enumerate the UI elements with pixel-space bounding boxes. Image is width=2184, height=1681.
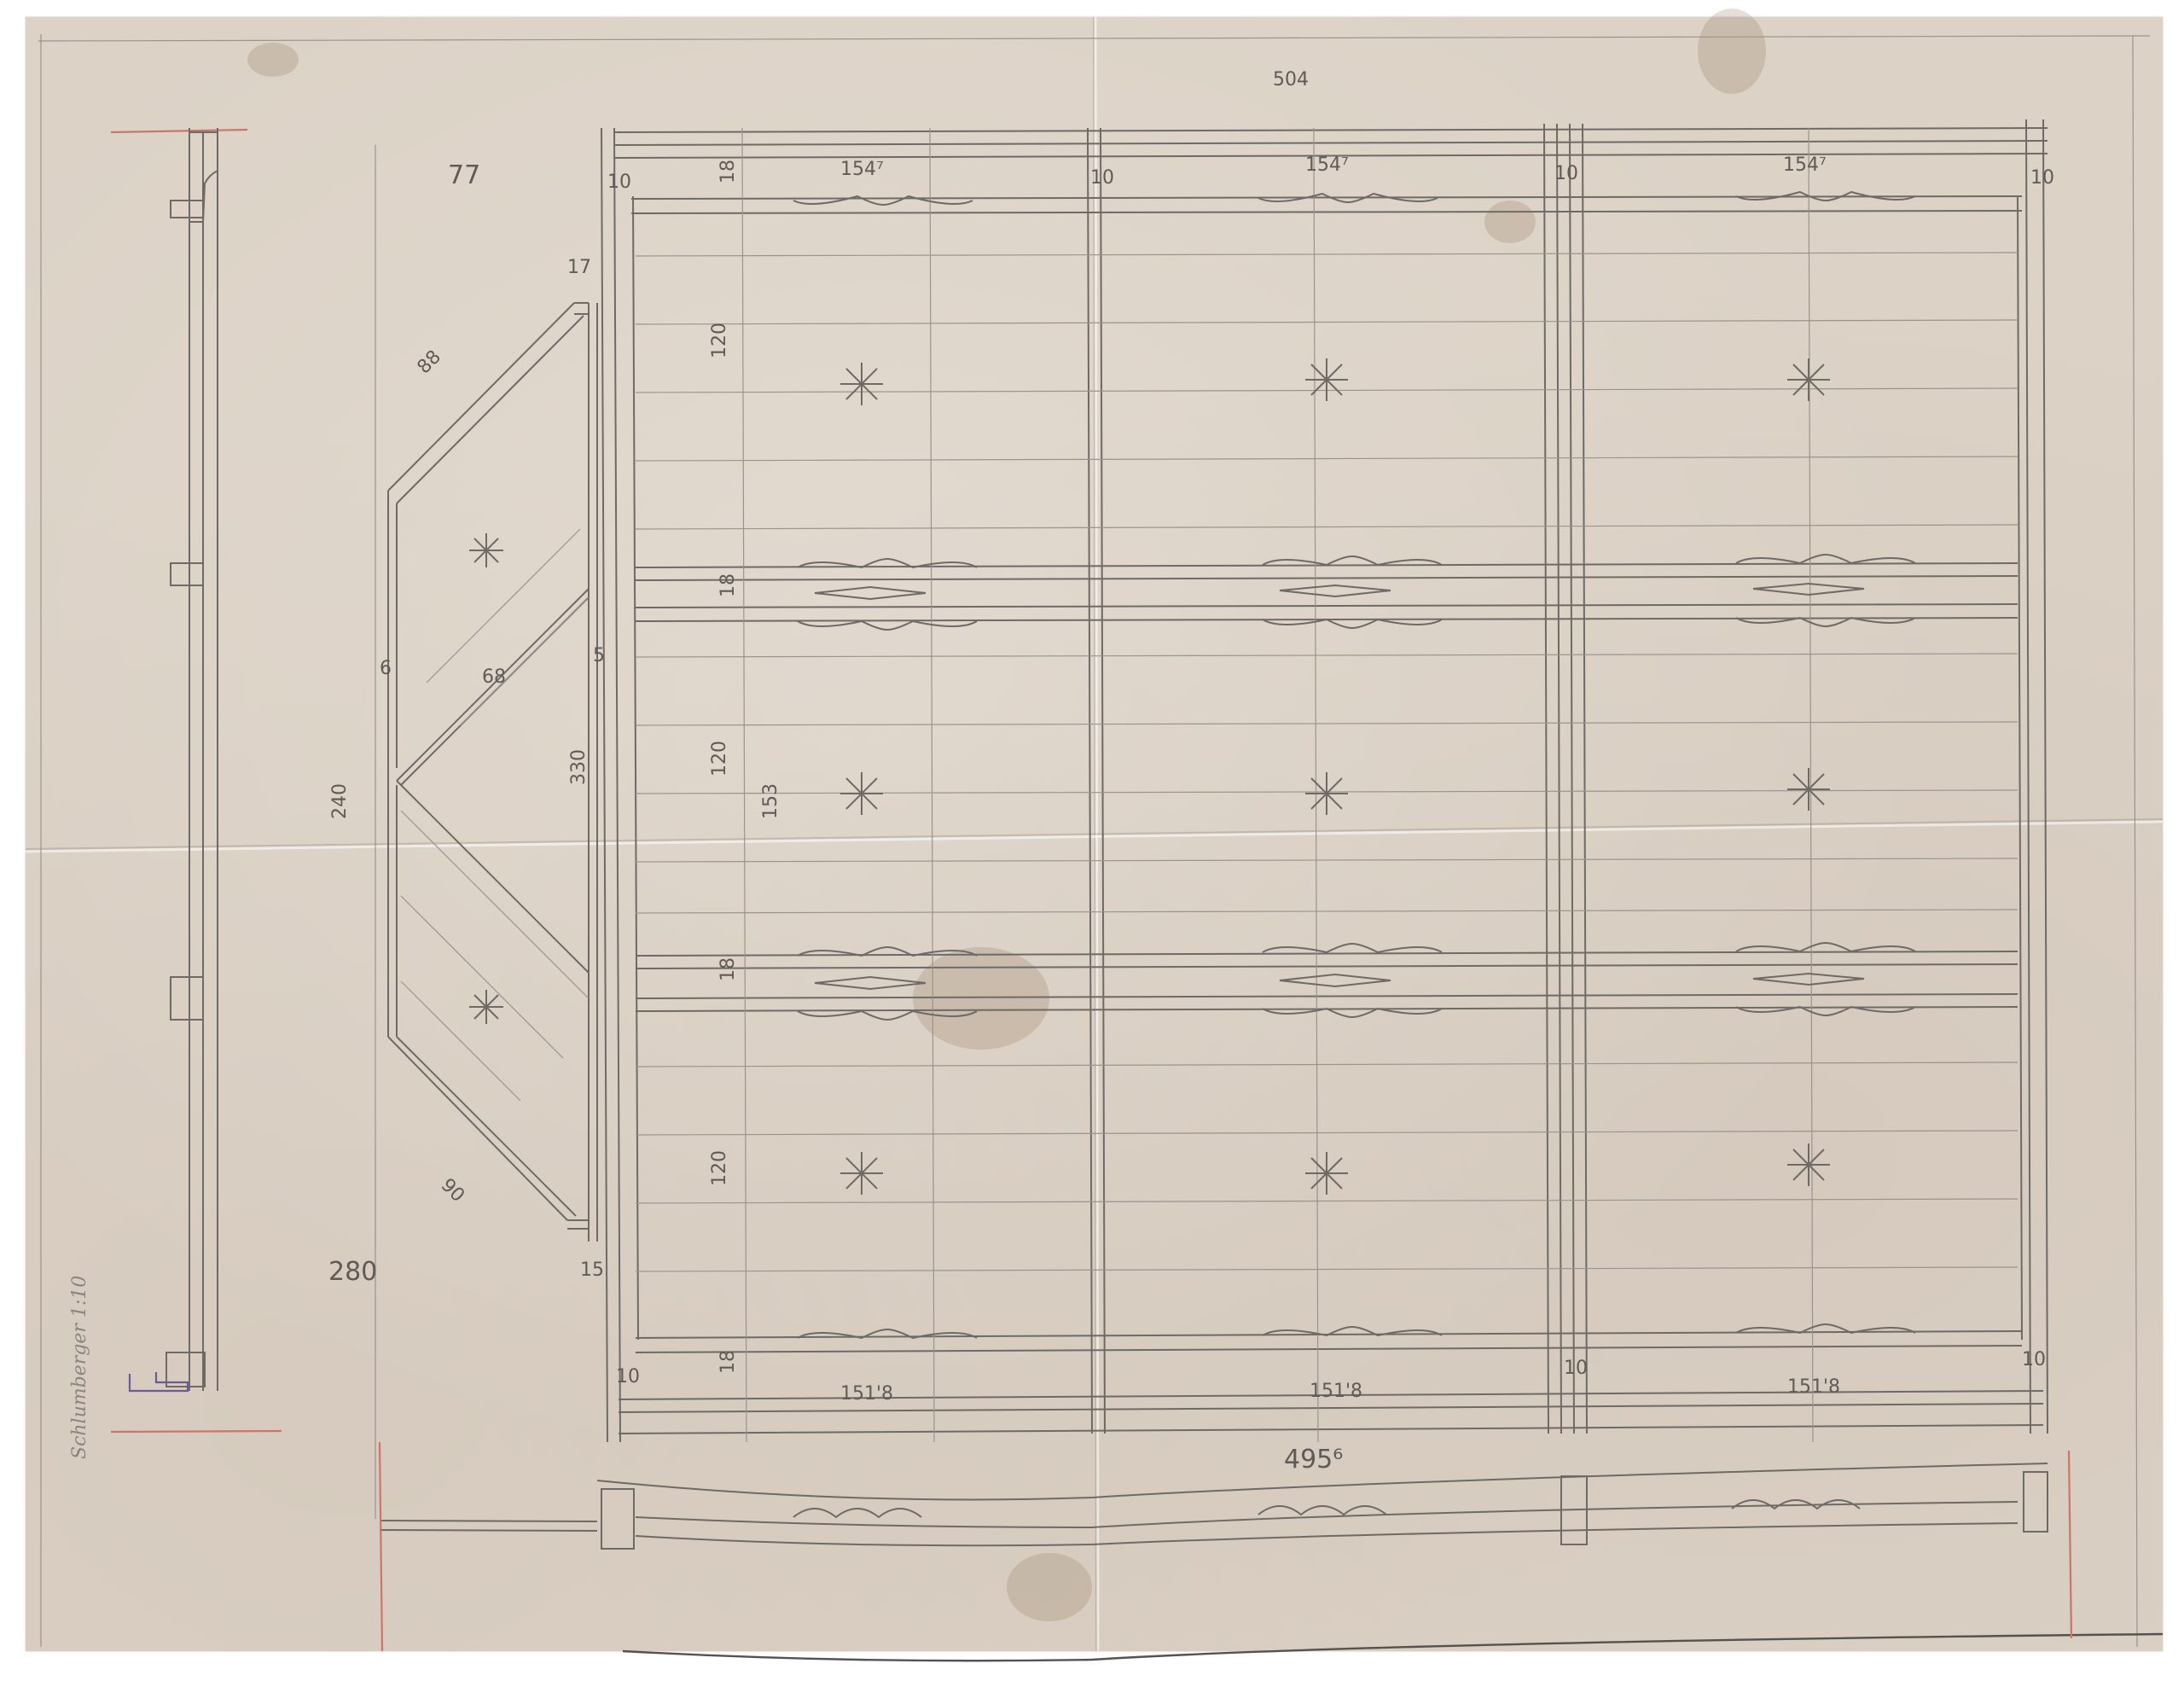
elevation-strip (380, 1442, 2163, 1661)
eight-point-star-icon (1787, 1143, 1830, 1186)
dim-bottom-bay-1: 151'8 (840, 1383, 893, 1405)
eight-point-star-icon (840, 1152, 883, 1195)
dim-left-width: 77 (448, 160, 480, 190)
dim-offset: 10 (1090, 167, 1114, 189)
dim-overall-top: 504 (1273, 69, 1309, 90)
eight-point-star-icon (1305, 358, 1348, 401)
eight-point-star-icon (469, 533, 503, 567)
dim-small-mark: 5 (593, 645, 605, 666)
margin-annotation: Schlumberger 1:10 (69, 1276, 90, 1459)
dim-diagonal-mid: 68 (482, 666, 506, 688)
dim-top-bay-3: 154⁷ (1783, 154, 1827, 176)
dim-left-depth: 280 (328, 1257, 377, 1287)
dim-beam-width: 18 (717, 957, 739, 981)
eight-point-star-icon (1305, 772, 1348, 815)
dim-top-bay-2: 154⁷ (1305, 154, 1349, 176)
dim-mid-total: 153 (760, 783, 781, 819)
stain (1007, 1553, 1092, 1621)
eight-point-star-icon (469, 990, 503, 1024)
wall-section-profile (111, 128, 282, 1432)
dim-offset: 10 (2030, 167, 2054, 189)
dim-diagonal-top: 88 (414, 346, 445, 378)
dim-overall-bottom: 495⁶ (1284, 1445, 1343, 1475)
dim-diagonal-bottom: 90 (437, 1175, 468, 1207)
dim-corner-top: 17 (567, 257, 591, 278)
dim-beam-width: 18 (717, 573, 739, 597)
dim-offset: 10 (1564, 1358, 1588, 1379)
dim-small-mark: 6 (380, 658, 392, 679)
dim-panel-height: 120 (709, 741, 730, 777)
dim-vertical-left: 240 (329, 783, 351, 819)
eight-point-star-icon (840, 772, 883, 815)
ceiling-grid (601, 119, 2047, 1442)
dim-panel-height: 120 (709, 1150, 730, 1186)
dimension-labels: 504 495⁶ 77 280 154⁷ 154⁷ 154⁷ 151'8 151… (328, 69, 2054, 1475)
dim-beam-width: 18 (717, 160, 739, 183)
stain (247, 43, 299, 77)
ceiling-plan-drawing: 504 495⁶ 77 280 154⁷ 154⁷ 154⁷ 151'8 151… (0, 0, 2184, 1681)
dim-offset: 10 (616, 1366, 640, 1387)
dim-panel-height: 120 (709, 323, 730, 358)
dim-offset: 10 (2022, 1349, 2046, 1370)
eight-point-star-icon (1305, 1152, 1348, 1195)
eight-point-star-icon (1787, 768, 1830, 811)
dim-bottom-bay-3: 151'8 (1787, 1376, 1840, 1398)
eight-point-star-icon (1787, 358, 1830, 401)
dim-bottom-bay-2: 151'8 (1310, 1381, 1362, 1402)
dim-vertical-right: 330 (568, 749, 590, 785)
stain (1698, 9, 1766, 94)
beam-cartouches (793, 192, 1915, 1338)
dim-beam-width: 18 (717, 1350, 739, 1374)
stain (1484, 201, 1536, 243)
eight-point-star-icon (840, 363, 883, 405)
dim-top-bay-1: 154⁷ (840, 159, 884, 180)
dim-offset: 10 (607, 172, 631, 193)
ceiling-rosettes (469, 358, 1830, 1195)
dim-corner-bottom: 15 (580, 1259, 604, 1281)
dim-offset: 10 (1554, 163, 1578, 184)
angled-side-panel (375, 145, 597, 1519)
